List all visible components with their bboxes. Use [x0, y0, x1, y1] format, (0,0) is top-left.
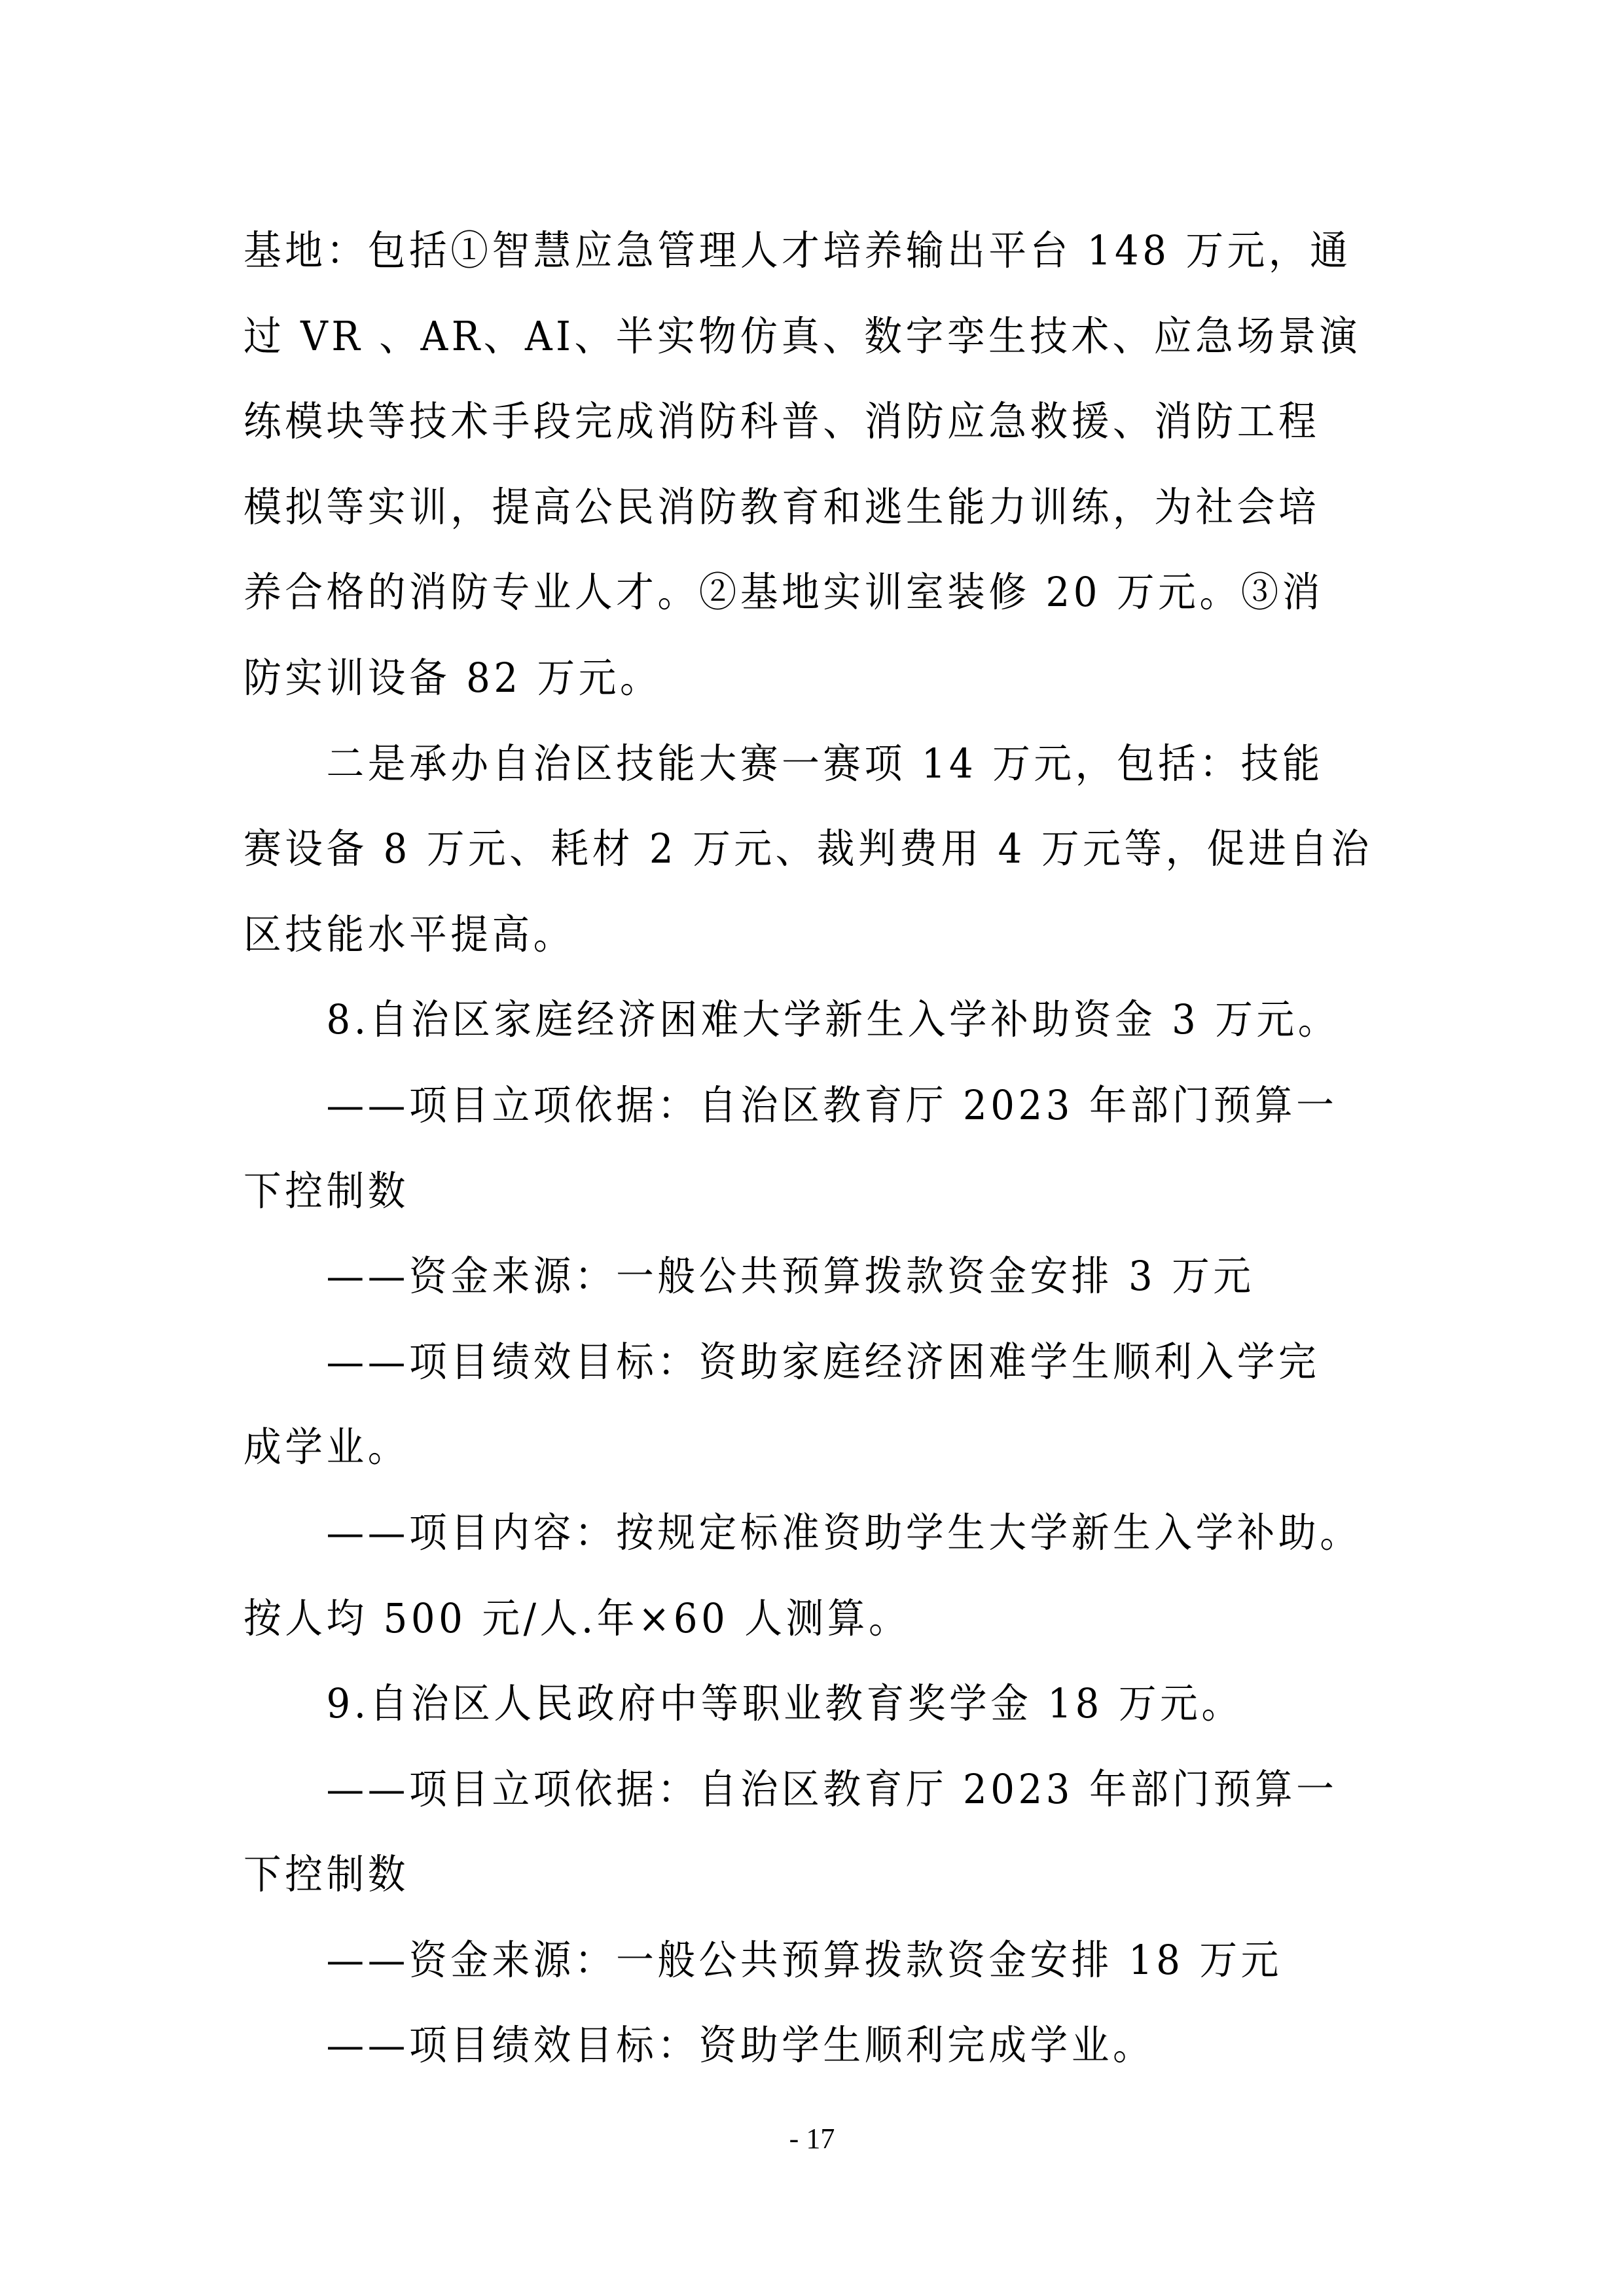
text-line: 赛设备 8 万元、耗材 2 万元、裁判费用 4 万元等，促进自治: [244, 806, 1291, 892]
text-line: 过 VR 、AR、AI、半实物仿真、数字孪生技术、应急场景演: [244, 294, 1291, 380]
item-8-heading: 8.自治区家庭经济困难大学新生入学补助资金 3 万元。: [244, 977, 1291, 1063]
page-number: - 17: [0, 2119, 1624, 2159]
item-8-content: ——项目内容：按规定标准资助学生大学新生入学补助。: [244, 1490, 1291, 1576]
text-line: 基地：包括①智慧应急管理人才培养输出平台 148 万元，通: [244, 208, 1291, 294]
item-9-heading: 9.自治区人民政府中等职业教育奖学金 18 万元。: [244, 1661, 1291, 1747]
paragraph-start-skills-competition: 二是承办自治区技能大赛一赛项 14 万元，包括：技能: [244, 721, 1291, 807]
text-line: 下控制数: [244, 1149, 1291, 1234]
text-line: 模拟等实训，提高公民消防教育和逃生能力训练，为社会培: [244, 465, 1291, 550]
item-9-funding-source: ——资金来源：一般公共预算拨款资金安排 18 万元: [244, 1918, 1291, 2003]
text-line: 成学业。: [244, 1405, 1291, 1490]
text-line: 防实训设备 82 万元。: [244, 636, 1291, 721]
text-line: 区技能水平提高。: [244, 892, 1291, 978]
item-9-basis: ——项目立项依据：自治区教育厅 2023 年部门预算一: [244, 1747, 1291, 1833]
body-text: 基地：包括①智慧应急管理人才培养输出平台 148 万元，通 过 VR 、AR、A…: [244, 208, 1369, 2089]
text-line: 下控制数: [244, 1832, 1291, 1918]
text-line: 养合格的消防专业人才。②基地实训室装修 20 万元。③消: [244, 550, 1291, 636]
text-line: 练模块等技术手段完成消防科普、消防应急救援、消防工程: [244, 379, 1291, 465]
item-8-funding-source: ——资金来源：一般公共预算拨款资金安排 3 万元: [244, 1234, 1291, 1319]
document-page: 基地：包括①智慧应急管理人才培养输出平台 148 万元，通 过 VR 、AR、A…: [0, 0, 1624, 2296]
item-8-basis: ——项目立项依据：自治区教育厅 2023 年部门预算一: [244, 1063, 1291, 1149]
item-9-performance-goal: ——项目绩效目标：资助学生顺利完成学业。: [244, 2003, 1291, 2089]
item-8-performance-goal: ——项目绩效目标：资助家庭经济困难学生顺利入学完: [244, 1319, 1291, 1405]
text-line: 按人均 500 元/人.年×60 人测算。: [244, 1576, 1291, 1662]
